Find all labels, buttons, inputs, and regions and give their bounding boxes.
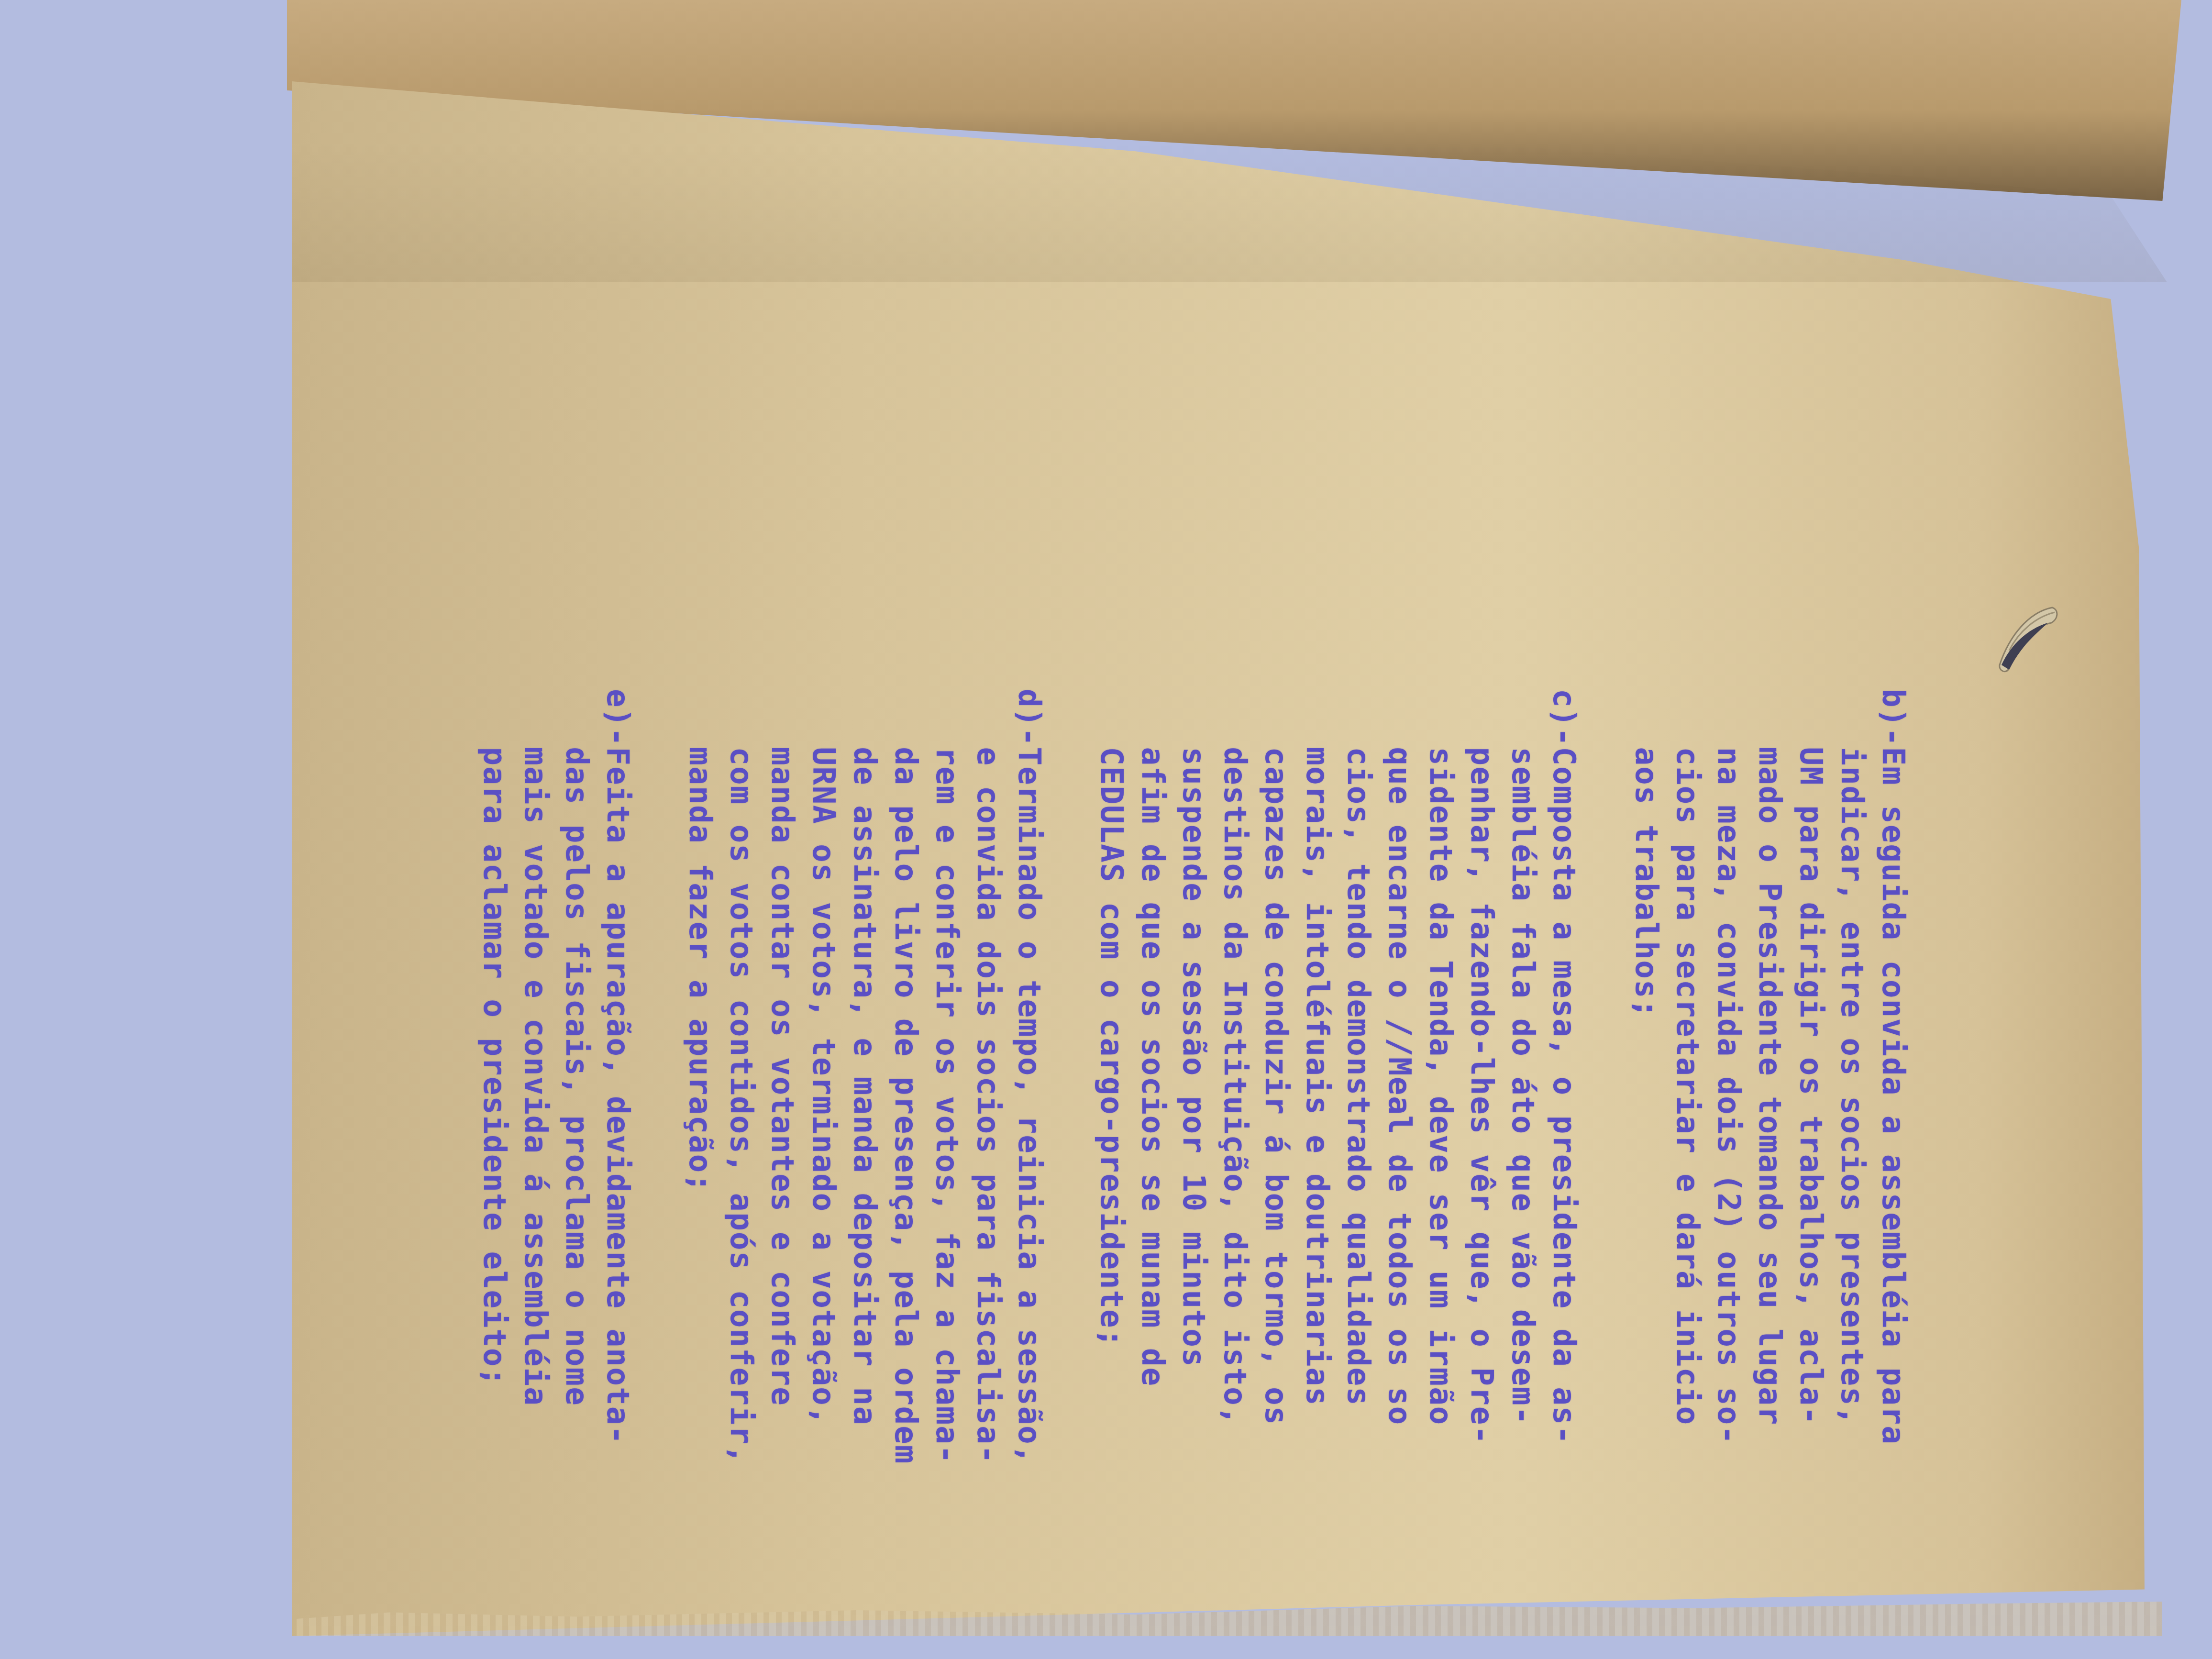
text-line: afim de que os socios se munam de [1132,689,1173,1526]
text-line: cios para secretariar e dará inicio [1667,689,1708,1526]
text-line: e convida dois socios para fiscalisa- [967,689,1008,1526]
text-line: com os votos contidos, após conferir, [720,689,762,1526]
text-line: penhar, fazendo-lhes vêr que, o Pre- [1461,689,1502,1526]
text-line: rem e conferir os votos, faz a chama- [926,689,967,1526]
text-line: suspende a sessão por 10 minutos [1173,689,1214,1526]
text-line: destinos da Instituição, dito isto, [1214,689,1255,1526]
text-line: e)-Feita a apuração, devidamente anota- [597,689,638,1526]
text-line: b)-Em seguida convida a assembléia para [1872,689,1913,1526]
text-line: CEDULAS com o cargo-presidente; [1091,689,1132,1526]
text-line: capazes de conduzir á bom tormo, os [1255,689,1296,1526]
text-line: da pelo livro de presença, pela ordem [885,689,926,1526]
text-line: das pelos fiscais, proclama o nome [556,689,597,1526]
text-line: para aclamar o presidente eleito; [474,689,515,1526]
text-line: URNA os votos, terminado a votação, [803,689,844,1526]
paragraph-b: b)-Em seguida convida a assembléia para … [1626,689,1913,1526]
text-line: na meza, convida dois (2) outros so- [1708,689,1749,1526]
text-line: aos trabalhos; [1626,689,1667,1526]
text-line: c)-Composta a mesa, o presidente da as- [1543,689,1584,1526]
text-line: sidente da Tenda, deve ser um irmão [1420,689,1461,1526]
text-line: morais, intoléfuais e doutrinarias [1296,689,1338,1526]
text-line: de assinatura, e manda depositar na [844,689,885,1526]
text-line: indicar, entre os socios presentes, [1831,689,1872,1526]
text-line: mais votado e convida á assembléia [515,689,556,1526]
text-line: mado o Presidente tomando seu lugar [1749,689,1790,1526]
text-line: cios, tendo demonstrado qualidades [1338,689,1379,1526]
text-line: que encarne o //Meal de todos os so [1379,689,1420,1526]
text-line: manda fazer a apuração; [679,689,720,1526]
paragraph-e: e)-Feita a apuração, devidamente anota- … [474,689,638,1526]
punch-hole-icon [1995,593,2062,675]
text-line: d)-Terminado o tempo, reinicia a sessão, [1008,689,1050,1526]
paragraph-c: c)-Composta a mesa, o presidente da as- … [1091,689,1584,1526]
text-line: sembléia fala do áto que vão desem- [1502,689,1543,1526]
typewritten-text-block: b)-Em seguida convida a assembléia para … [432,689,1913,1526]
text-line: UM para dirigir os trabalhos, acla- [1790,689,1831,1526]
text-line: manda contar os votantes e confere [762,689,803,1526]
paragraph-d: d)-Terminado o tempo, reinicia a sessão,… [679,689,1050,1526]
